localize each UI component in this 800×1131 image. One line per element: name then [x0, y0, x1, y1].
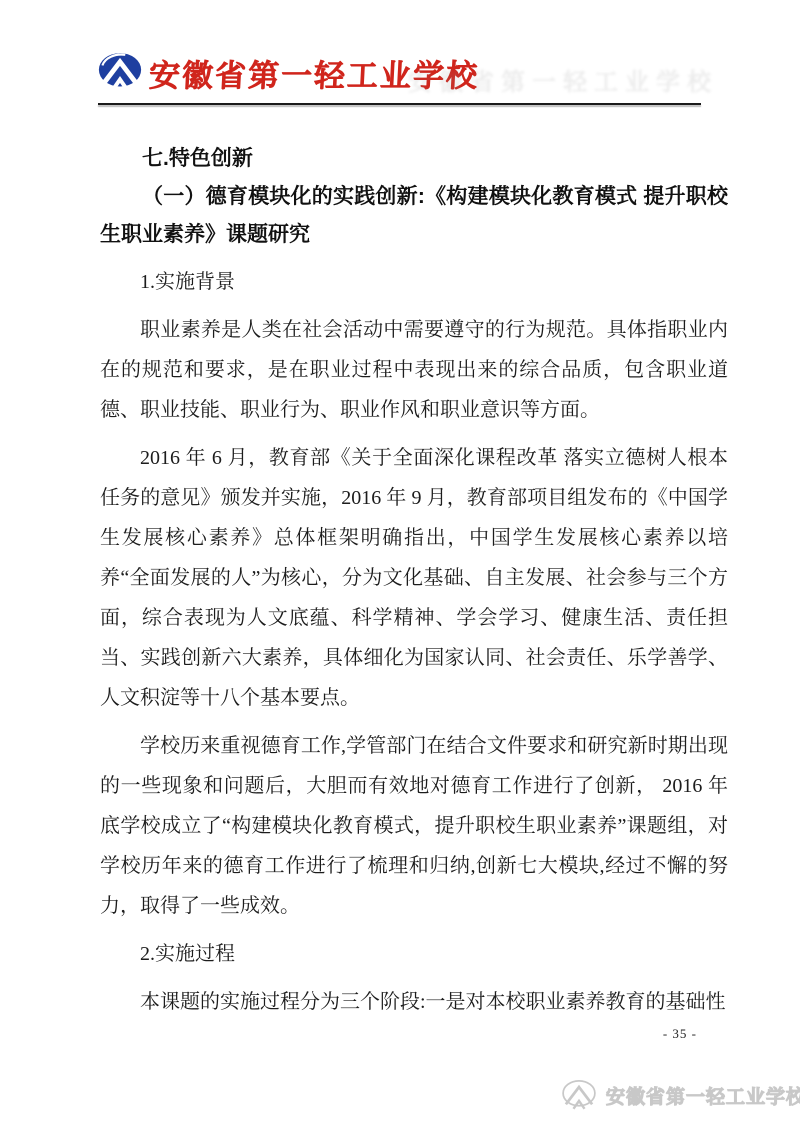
watermark-text: 安徽省第一轻工业学校: [606, 1082, 800, 1109]
header-ghost-text: 安徽省第一轻工业学校: [408, 62, 714, 97]
footer-watermark: 安徽省第一轻工业学校: [556, 1076, 800, 1114]
subsection-heading: （一）德育模块化的实践创新:《构建模块化教育模式 提升职校生职业素养》课题研究: [100, 178, 728, 254]
body-paragraph: 职业素养是人类在社会活动中需要遵守的行为规范。具体指职业内在的规范和要求，是在职…: [100, 310, 728, 430]
header-rule: [98, 103, 701, 105]
body-paragraph: 2.实施过程: [100, 934, 728, 974]
school-logo-icon: [98, 46, 142, 98]
section-heading: 七.特色创新: [100, 140, 728, 178]
body-paragraph: 学校历来重视德育工作,学管部门在结合文件要求和研究新时期出现的一些现象和问题后，…: [100, 726, 728, 926]
paragraphs-container: 1.实施背景职业素养是人类在社会活动中需要遵守的行为规范。具体指职业内在的规范和…: [100, 262, 728, 1022]
body-paragraph: 本课题的实施过程分为三个阶段:一是对本校职业素养教育的基础性: [100, 982, 728, 1022]
page-number: - 35 -: [663, 1026, 697, 1042]
body-paragraph: 1.实施背景: [100, 262, 728, 302]
document-body: 七.特色创新 （一）德育模块化的实践创新:《构建模块化教育模式 提升职校生职业素…: [100, 140, 728, 1022]
watermark-logo-icon: [556, 1076, 602, 1114]
document-page: 安徽省第一轻工业学校 安徽省第一轻工业学校 七.特色创新 （一）德育模块化的实践…: [0, 0, 800, 1131]
body-paragraph: 2016 年 6 月，教育部《关于全面深化课程改革 落实立德树人根本任务的意见》…: [100, 438, 728, 718]
